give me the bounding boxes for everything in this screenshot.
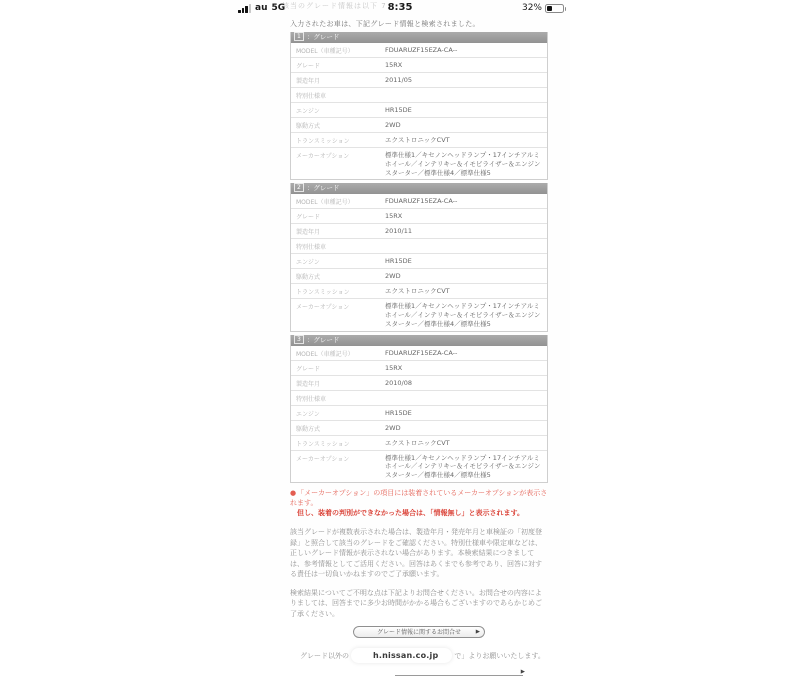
grade-table-number: 2: [294, 183, 304, 192]
table-row-label: 特別仕様車: [291, 391, 383, 405]
table-row-value: 2WD: [383, 118, 547, 132]
table-row-value: 15RX: [383, 209, 547, 223]
table-row: グレード15RX: [291, 58, 547, 73]
table-row-value: 2011/05: [383, 73, 547, 87]
table-row: 駆動方式2WD: [291, 269, 547, 284]
table-row-label: MODEL（車種記号）: [291, 43, 383, 57]
battery-percent-label: 32%: [522, 3, 542, 13]
table-row-label: 特別仕様車: [291, 88, 383, 102]
table-row: グレード15RX: [291, 361, 547, 376]
grade-table-header: 1：グレード: [291, 32, 547, 43]
table-row: 製造年月2011/05: [291, 73, 547, 88]
table-row-label: 製造年月: [291, 224, 383, 238]
battery-icon: [545, 4, 564, 13]
table-row: 製造年月2010/11: [291, 224, 547, 239]
clock-label: 8:35: [388, 2, 413, 13]
table-row-value: HR15DE: [383, 254, 547, 268]
grade-table: 3：グレードMODEL（車種記号）FDUARUZF15EZA-CA--グレード1…: [290, 335, 548, 483]
table-row: エンジンHR15DE: [291, 103, 547, 118]
table-row-value: 2WD: [383, 421, 547, 435]
table-row-label: メーカーオプション: [291, 148, 383, 179]
grade-table: 2：グレードMODEL（車種記号）FDUARUZF15EZA-CA--グレード1…: [290, 183, 548, 331]
table-row: トランスミッションエクストロニックCVT: [291, 436, 547, 451]
table-row-value: FDUARUZF15EZA-CA--: [383, 43, 547, 57]
table-row-value: 2010/08: [383, 376, 547, 390]
table-row: MODEL（車種記号）FDUARUZF15EZA-CA--: [291, 194, 547, 209]
maker-option-note-line2: 但し、装着の判別ができなかった場合は、「情報無し」と表示されます。: [297, 508, 548, 518]
table-row-label: MODEL（車種記号）: [291, 346, 383, 360]
grade-table-number: 1: [294, 32, 304, 41]
red-bullet-icon: ●: [290, 489, 296, 497]
table-row-value: HR15DE: [383, 103, 547, 117]
signal-bars-icon: [238, 4, 251, 13]
table-row: MODEL（車種記号）FDUARUZF15EZA-CA--: [291, 346, 547, 361]
table-row-label: グレード: [291, 361, 383, 375]
table-row-value: 2WD: [383, 269, 547, 283]
maker-option-note: ●「メーカーオプション」の項目には装着されているメーカーオプションが表示されます…: [290, 488, 548, 518]
table-row-label: 駆動方式: [291, 421, 383, 435]
table-row-label: メーカーオプション: [291, 299, 383, 330]
network-label: 5G: [271, 3, 285, 13]
table-row: メーカーオプション標準仕様1／キセノンヘッドランプ・17インチアルミホイール／イ…: [291, 299, 547, 330]
disclaimer-paragraph: 該当グレードが複数表示された場合は、製造年月・発売年月と車検証の「初度登録」と照…: [290, 527, 548, 580]
page-content: 入力されたお車は、下記グレード情報と検索されました。 1：グレードMODEL（車…: [290, 18, 548, 600]
carrier-label: au: [255, 3, 267, 13]
table-row-label: 特別仕様車: [291, 239, 383, 253]
table-row-value: エクストロニックCVT: [383, 133, 547, 147]
table-row: グレード15RX: [291, 209, 547, 224]
table-row-value: [383, 239, 547, 253]
table-row-label: エンジン: [291, 254, 383, 268]
table-row: トランスミッションエクストロニックCVT: [291, 133, 547, 148]
table-row-value: HR15DE: [383, 406, 547, 420]
grade-table-header: 2：グレード: [291, 183, 547, 194]
table-row-value: 標準仕様1／キセノンヘッドランプ・17インチアルミホイール／インテリキー＆イモビ…: [383, 451, 547, 482]
maker-option-note-line1: 「メーカーオプション」の項目には装着されているメーカーオプションが表示されます。: [290, 489, 547, 507]
intro-text: 入力されたお車は、下記グレード情報と検索されました。: [290, 19, 548, 29]
table-row-value: 15RX: [383, 58, 547, 72]
table-row-label: エンジン: [291, 103, 383, 117]
table-row: 特別仕様車: [291, 391, 547, 406]
table-row-value: 15RX: [383, 361, 547, 375]
table-row: メーカーオプション標準仕様1／キセノンヘッドランプ・17インチアルミホイール／イ…: [291, 451, 547, 482]
table-row-value: [383, 391, 547, 405]
table-row: エンジンHR15DE: [291, 406, 547, 421]
table-row: トランスミッションエクストロニックCVT: [291, 284, 547, 299]
table-row-label: MODEL（車種記号）: [291, 194, 383, 208]
table-row-value: エクストロニックCVT: [383, 284, 547, 298]
table-row: 特別仕様車: [291, 88, 547, 103]
table-row-value: 標準仕様1／キセノンヘッドランプ・17インチアルミホイール／インテリキー＆イモビ…: [383, 299, 547, 330]
table-row-label: 駆動方式: [291, 118, 383, 132]
phone-screenshot: 該当のグレード情報は以下 7 au 5G 8:35 32% 入力されたお車は、下…: [230, 0, 570, 600]
table-row-label: 製造年月: [291, 376, 383, 390]
table-row: 駆動方式2WD: [291, 421, 547, 436]
table-row-value: 標準仕様1／キセノンヘッドランプ・17インチアルミホイール／インテリキー＆イモビ…: [383, 148, 547, 179]
table-row: 駆動方式2WD: [291, 118, 547, 133]
table-row-label: メーカーオプション: [291, 451, 383, 482]
table-row-label: エンジン: [291, 406, 383, 420]
grade-table-header: 3：グレード: [291, 335, 547, 346]
table-row-label: トランスミッション: [291, 284, 383, 298]
grade-table: 1：グレードMODEL（車種記号）FDUARUZF15EZA-CA--グレード1…: [290, 32, 548, 180]
table-row-label: グレード: [291, 58, 383, 72]
table-row-label: トランスミッション: [291, 436, 383, 450]
grade-table-number: 3: [294, 335, 304, 344]
table-row: 製造年月2010/08: [291, 376, 547, 391]
table-row-label: トランスミッション: [291, 133, 383, 147]
table-row-value: FDUARUZF15EZA-CA--: [383, 194, 547, 208]
table-row-label: 駆動方式: [291, 269, 383, 283]
table-row: 特別仕様車: [291, 239, 547, 254]
table-row: メーカーオプション標準仕様1／キセノンヘッドランプ・17インチアルミホイール／イ…: [291, 148, 547, 179]
status-bar: au 5G 8:35 32%: [230, 0, 570, 18]
grade-tables: 1：グレードMODEL（車種記号）FDUARUZF15EZA-CA--グレード1…: [290, 32, 548, 483]
table-row-label: 製造年月: [291, 73, 383, 87]
table-row-value: 2010/11: [383, 224, 547, 238]
table-row-value: エクストロニックCVT: [383, 436, 547, 450]
contact-info-paragraph: 検索結果についてご不明な点は下記よりお問合せください。お問合せの内容によりまして…: [290, 588, 548, 600]
table-row-value: FDUARUZF15EZA-CA--: [383, 346, 547, 360]
table-row-value: [383, 88, 547, 102]
table-row: MODEL（車種記号）FDUARUZF15EZA-CA--: [291, 43, 547, 58]
table-row-label: グレード: [291, 209, 383, 223]
table-row: エンジンHR15DE: [291, 254, 547, 269]
